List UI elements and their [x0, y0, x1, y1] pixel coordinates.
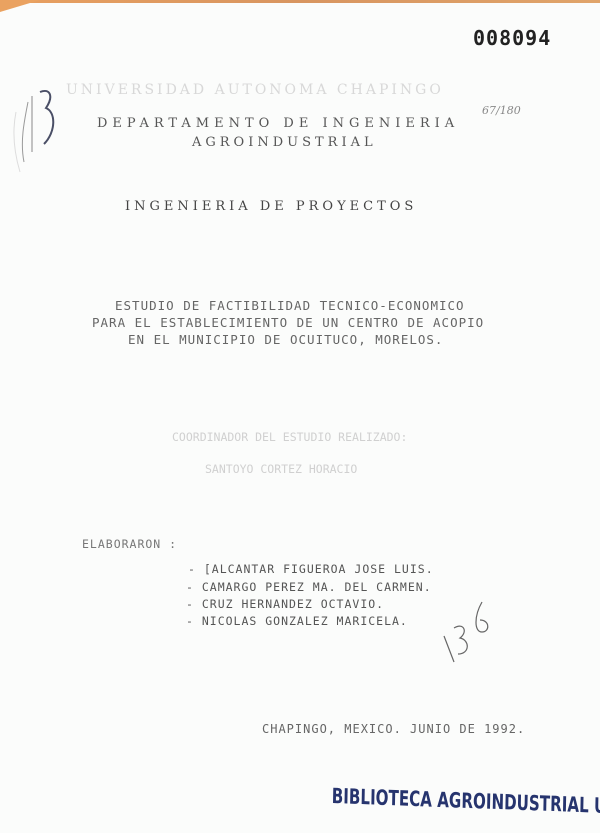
author-item: - CRUZ HERNANDEZ OCTAVIO. — [186, 597, 384, 611]
place-and-date: CHAPINGO, MEXICO. JUNIO DE 1992. — [262, 722, 525, 736]
study-title-line-3: EN EL MUNICIPIO DE OCUITUCO, MORELOS. — [128, 332, 443, 347]
handwritten-fraction: 67/180 — [482, 104, 521, 117]
department-line-1: DEPARTAMENTO DE INGENIERIA — [97, 116, 459, 131]
handwritten-136-mark — [440, 598, 500, 670]
institution-name: UNIVERSIDAD AUTONOMA CHAPINGO — [66, 82, 444, 98]
paper-edge — [0, 0, 600, 3]
study-title-line-2: PARA EL ESTABLECIMIENTO DE UN CENTRO DE … — [92, 315, 484, 330]
study-title-line-1: ESTUDIO DE FACTIBILIDAD TECNICO-ECONOMIC… — [115, 298, 465, 313]
accession-number: 008094 — [473, 26, 551, 50]
library-stamp: BIBLIOTECA AGROINDUSTRIAL UACH — [332, 784, 600, 819]
author-item: - NICOLAS GONZALEZ MARICELA. — [186, 614, 408, 628]
paper-corner — [0, 0, 40, 12]
department-line-2: AGROINDUSTRIAL — [192, 135, 377, 150]
course-title: INGENIERIA DE PROYECTOS — [125, 199, 417, 214]
coordinator-name: SANTOYO CORTEZ HORACIO — [205, 462, 357, 476]
handwritten-13-mark — [10, 82, 60, 172]
author-item: - CAMARGO PEREZ MA. DEL CARMEN. — [186, 580, 432, 594]
authors-label: ELABORARON : — [82, 537, 177, 551]
author-item: - [ALCANTAR FIGUEROA JOSE LUIS. — [188, 562, 434, 576]
coordinator-label: COORDINADOR DEL ESTUDIO REALIZADO: — [172, 430, 407, 444]
